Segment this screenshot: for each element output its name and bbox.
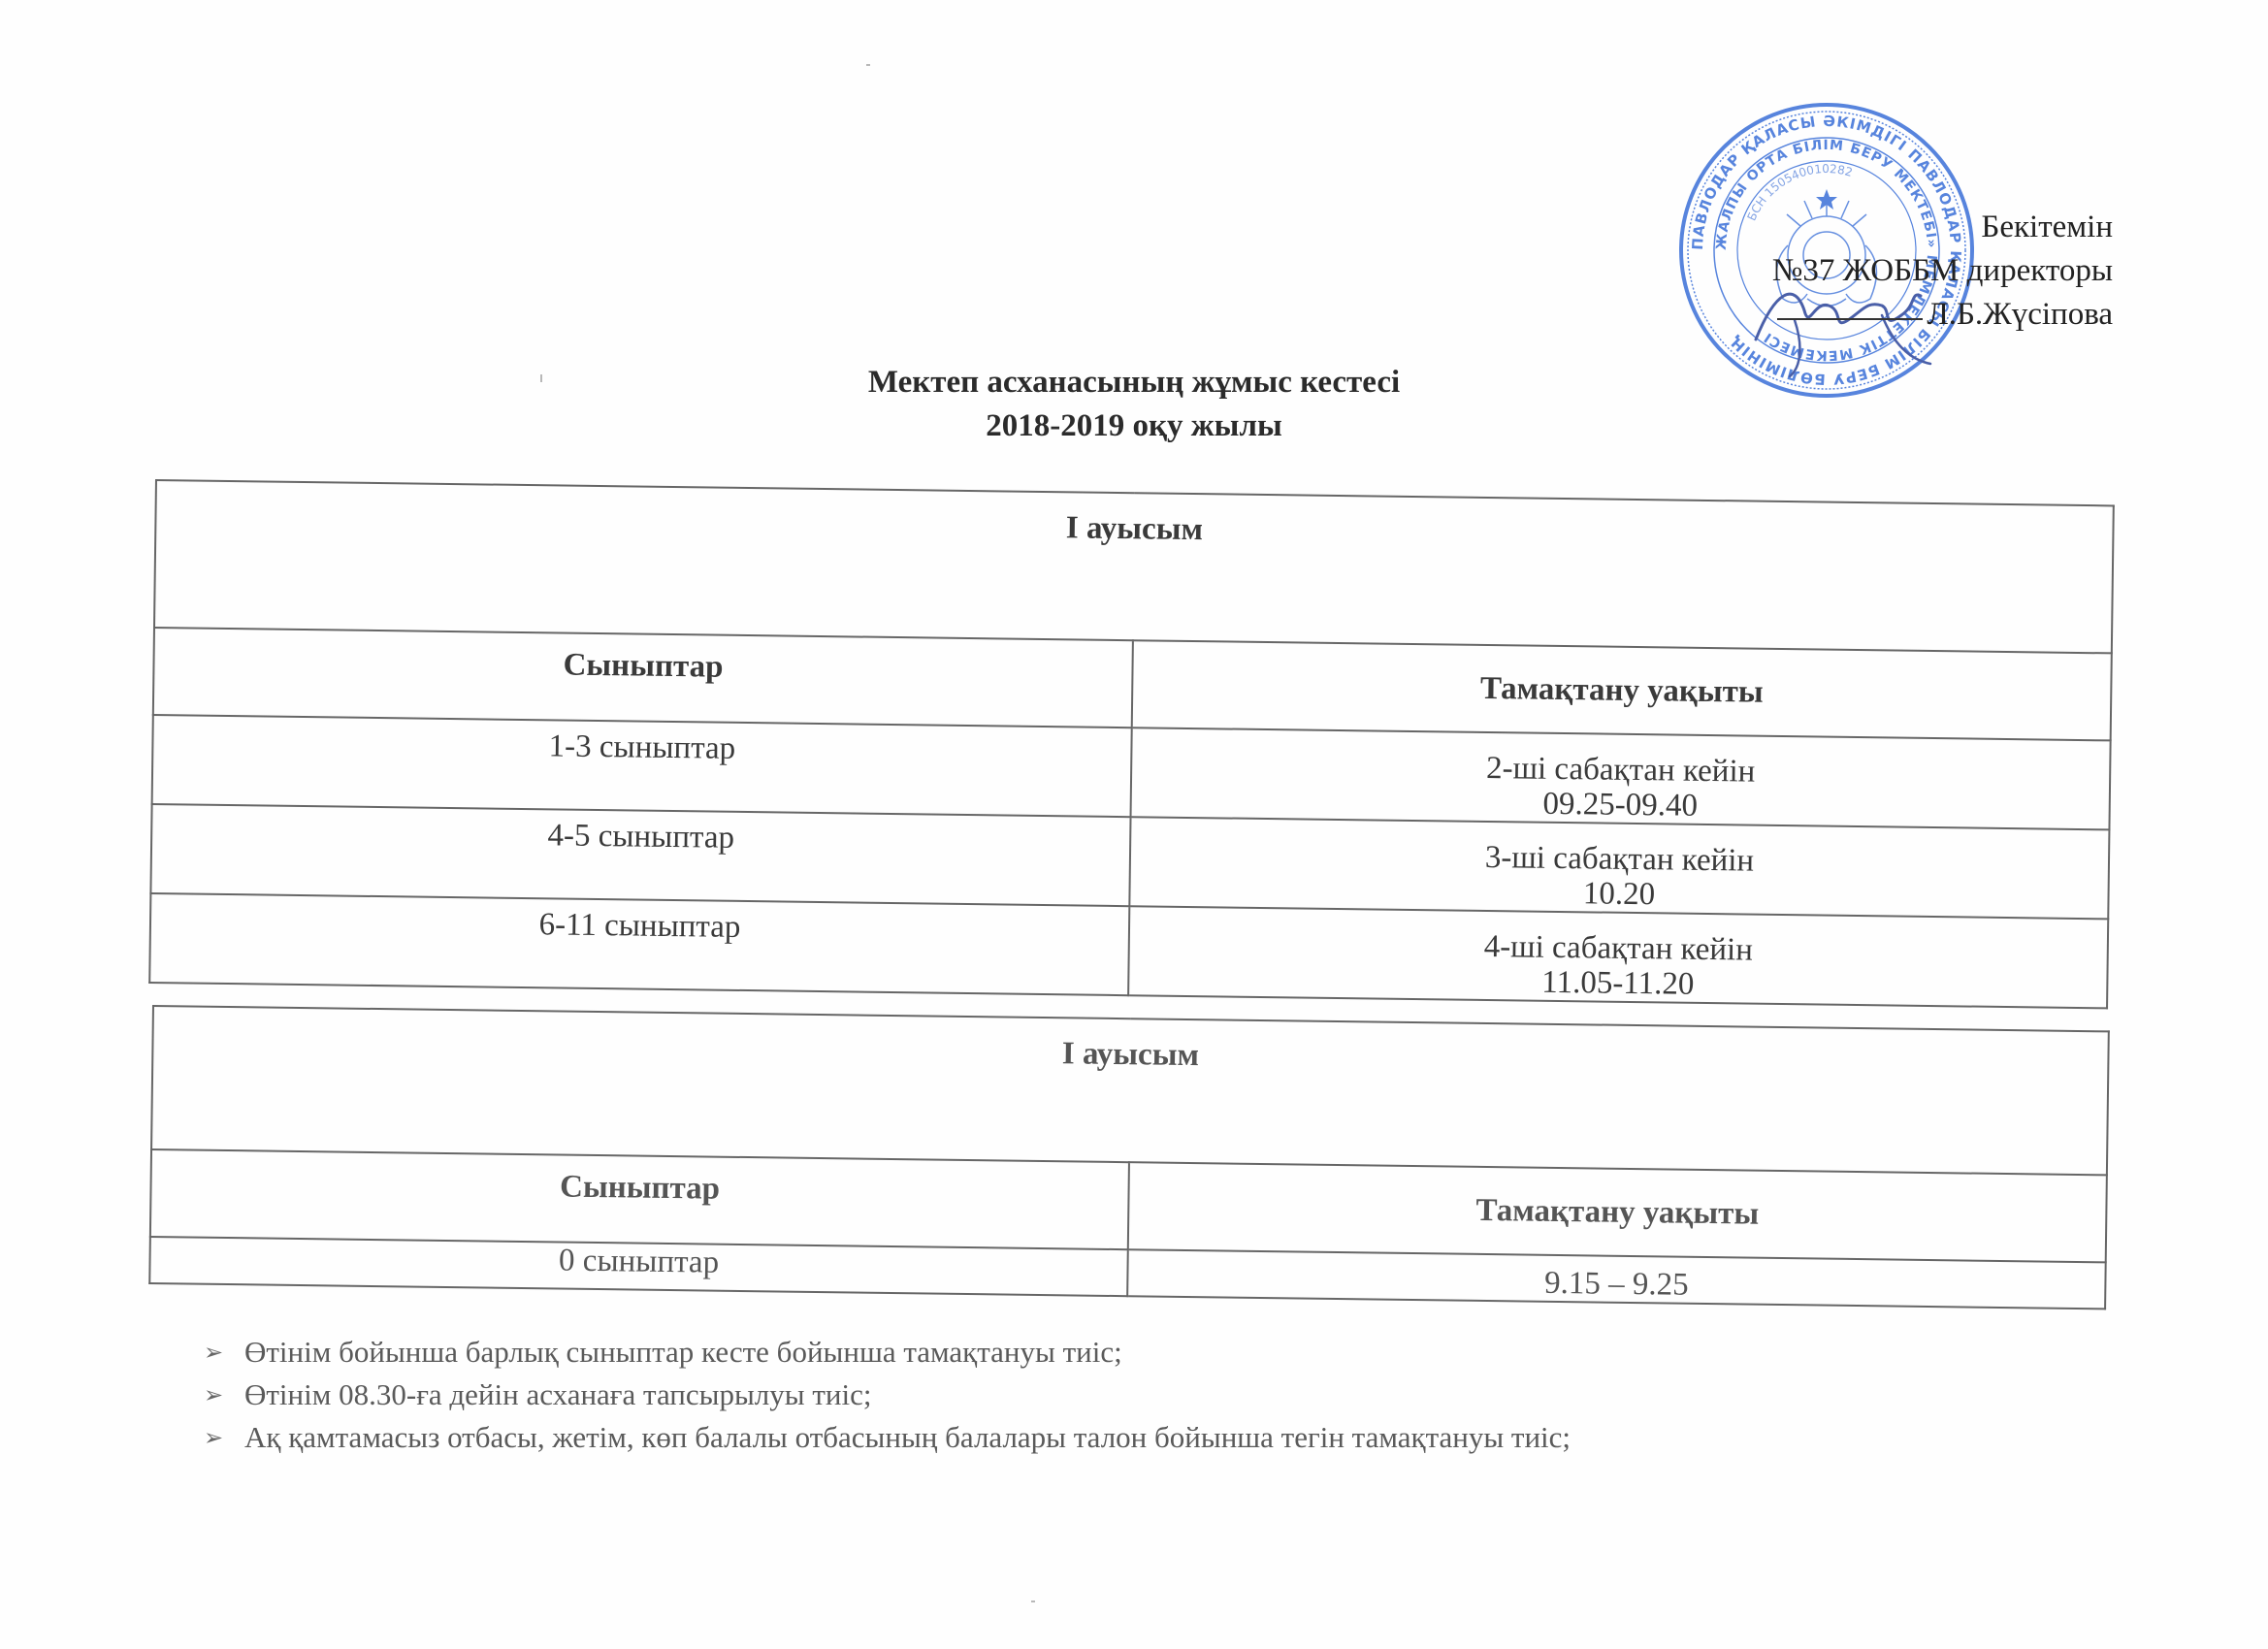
classes-cell: 1-3 сыныптар: [152, 715, 1132, 817]
schedule-table-preschool: І ауысым Сыныптар Тамақтану уақыты 0 сын…: [148, 1005, 2110, 1309]
column-header-classes: Сыныптар: [150, 1149, 1129, 1249]
scanned-page: ПАВЛОДАР ҚАЛАСЫ ӘКІМДІГІ ПАВЛОДАР ҚАЛАСЫ…: [0, 0, 2268, 1649]
approval-label: Бекітемін: [1772, 206, 2113, 249]
notes-list: ➢ Өтінім бойынша барлық сыныптар кесте б…: [204, 1331, 1571, 1459]
scan-speck: [1031, 1600, 1035, 1602]
list-item: ➢ Өтінім 08.30-ға дейін асханаға тапсыры…: [204, 1374, 1571, 1416]
list-item: ➢ Ақ қамтамасыз отбасы, жетім, көп балал…: [204, 1416, 1571, 1459]
meal-time-cell: 4-ші сабақтан кейін11.05-11.20: [1128, 906, 2108, 1008]
shift-header: І ауысым: [151, 1006, 2109, 1175]
scan-speck: [866, 64, 870, 66]
schedule-table-shift-1: І ауысым Сыныптар Тамақтану уақыты 1-3 с…: [148, 479, 2115, 1009]
title-line-1: Мектеп асханасының жұмыс кестесі: [0, 361, 2268, 404]
classes-cell: 4-5 сыныптар: [150, 804, 1130, 906]
column-header-meal-time: Тамақтану уақыты: [1128, 1162, 2107, 1262]
meal-time-cell: 3-ші сабақтан кейін10.20: [1129, 817, 2109, 919]
approval-block: Бекітемін №37 ЖОББМ директоры Л.Б.Жүсіпо…: [1772, 206, 2113, 337]
title-line-2: 2018-2019 оқу жылы: [0, 404, 2268, 448]
column-header-classes: Сыныптар: [153, 628, 1133, 727]
classes-cell: 6-11 сыныптар: [149, 893, 1129, 995]
column-header-meal-time: Тамақтану уақыты: [1132, 640, 2112, 740]
arrow-bullet-icon: ➢: [204, 1331, 225, 1374]
document-title: Мектеп асханасының жұмыс кестесі 2018-20…: [0, 361, 2268, 448]
approval-signatory: Л.Б.Жүсіпова: [1772, 293, 2113, 337]
signature-line: [1777, 318, 1923, 320]
list-item: ➢ Өтінім бойынша барлық сыныптар кесте б…: [204, 1331, 1571, 1374]
shift-header: І ауысым: [154, 480, 2114, 653]
meal-time-cell: 2-ші сабақтан кейін09.25-09.40: [1131, 727, 2111, 829]
signatory-name: Л.Б.Жүсіпова: [1927, 297, 2113, 332]
approval-position: №37 ЖОББМ директоры: [1772, 249, 2113, 293]
arrow-bullet-icon: ➢: [204, 1416, 225, 1459]
arrow-bullet-icon: ➢: [204, 1374, 225, 1416]
